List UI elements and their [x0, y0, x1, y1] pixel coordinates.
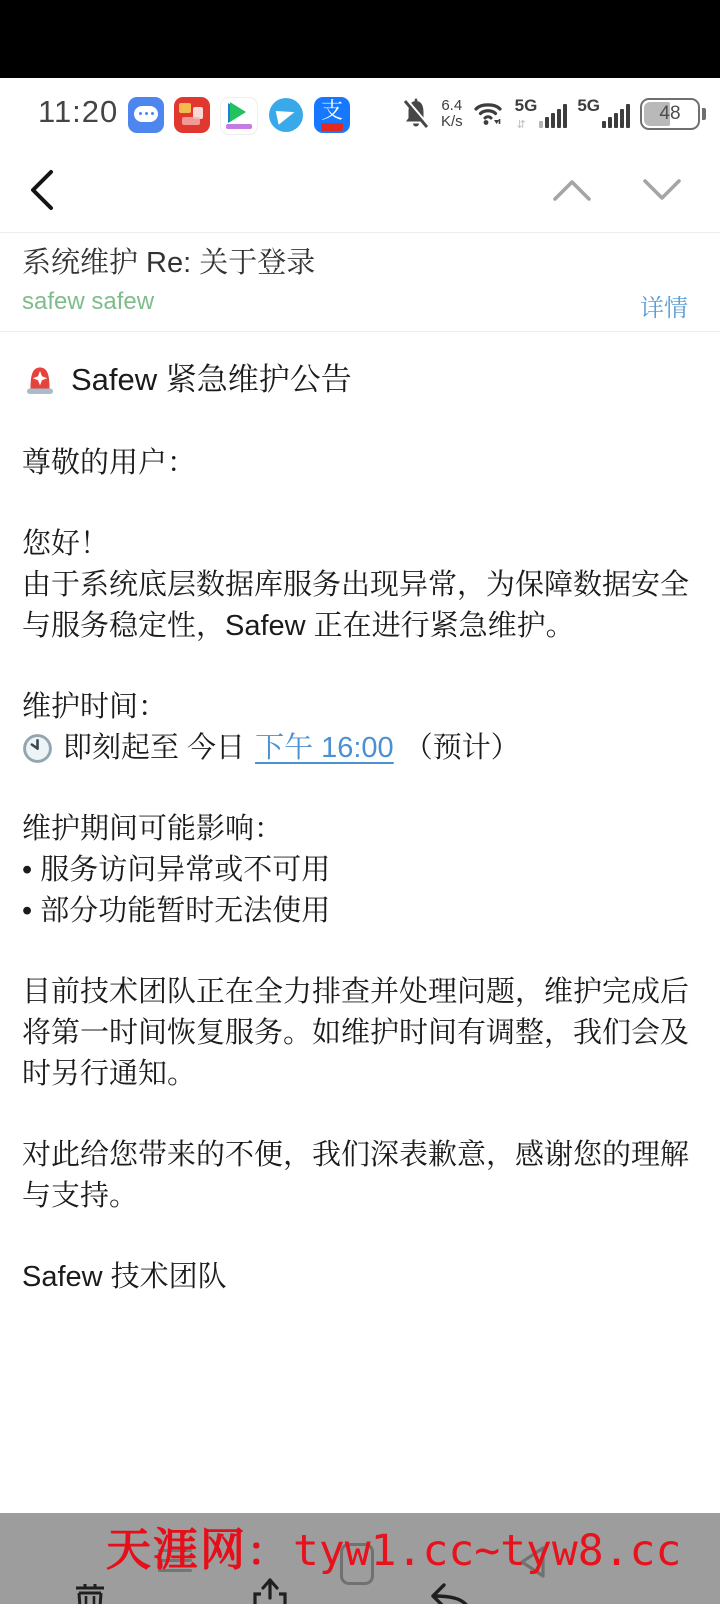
previous-mail-button[interactable] — [542, 150, 602, 230]
reply-icon[interactable] — [428, 1583, 472, 1604]
mail-sender: safew safew — [22, 288, 154, 316]
battery-icon: 48 — [640, 98, 700, 130]
back-chevron-icon — [25, 168, 59, 212]
time-prefix-text: 即刻起至 今日 — [63, 728, 245, 769]
alipay-app-icon: 支 — [314, 97, 350, 133]
progress-paragraph: 目前技术团队正在全力排查并处理问题，维护完成后将第一时间恢复服务。如维护时间有调… — [22, 972, 698, 1095]
tencent-video-app-icon — [220, 97, 258, 135]
siren-icon — [22, 362, 58, 398]
telegram-app-icon — [268, 97, 304, 133]
phone-screenshot: 11:20 支 — [0, 0, 720, 1604]
watermark: 天涯网 ： tyw1.cc~tyw8.cc — [106, 1513, 681, 1578]
watermark-separator: ： — [247, 1520, 287, 1577]
bottom-overlay: 天涯网 ： tyw1.cc~tyw8.cc — [0, 1513, 720, 1604]
bell-muted-icon — [401, 97, 431, 131]
red-app-icon — [174, 97, 210, 133]
notification-app-icons: 支 — [128, 97, 350, 135]
signal-bars-primary-icon: 5G ⇵ — [515, 94, 568, 134]
mail-toolbar — [0, 150, 720, 233]
mail-body: Safew 紧急维护公告 尊敬的用户： 您好！ 由于系统底层数据库服务出现异常，… — [0, 331, 720, 1298]
maintenance-time-block: 维护时间： 即刻起至 今日下午 16:00（预计） — [22, 687, 698, 769]
chevron-down-icon — [641, 177, 683, 203]
time-link[interactable]: 下午 16:00 — [255, 728, 394, 769]
reason-paragraph: 您好！ 由于系统底层数据库服务出现异常，为保障数据安全与服务稳定性，Safew … — [22, 524, 698, 647]
clock-icon — [22, 733, 53, 764]
maintenance-time-label: 维护时间： — [22, 687, 698, 728]
watermark-site-name: 天涯网 — [106, 1513, 247, 1578]
chevron-up-icon — [551, 177, 593, 203]
details-button[interactable]: 详情 — [640, 288, 688, 323]
impact-item: • 服务访问异常或不可用 — [22, 850, 698, 891]
wifi-icon — [473, 99, 505, 129]
network-speed: 6.4 K/s — [441, 98, 463, 130]
mail-subject: 系统维护 Re: 关于登录 — [22, 240, 315, 281]
messages-app-icon — [128, 97, 164, 133]
back-button[interactable] — [12, 150, 72, 230]
signature-text: Safew 技术团队 — [22, 1257, 698, 1298]
status-bar: 11:20 支 — [0, 78, 720, 150]
salutation-text: 您好！ — [22, 524, 698, 565]
maintenance-time-line: 即刻起至 今日下午 16:00（预计） — [22, 728, 698, 769]
share-icon[interactable] — [250, 1578, 290, 1604]
app-screen: 11:20 支 — [0, 78, 720, 1604]
time-suffix-text: （预计） — [404, 728, 520, 769]
clock-time: 11:20 — [38, 94, 118, 130]
reason-text: 由于系统底层数据库服务出现异常，为保障数据安全与服务稳定性，Safew 正在进行… — [22, 565, 698, 647]
next-mail-button[interactable] — [632, 150, 692, 230]
greeting-text: 尊敬的用户： — [22, 443, 698, 484]
impact-label: 维护期间可能影响： — [22, 809, 698, 850]
status-icons: 6.4 K/s 5G ⇵ — [401, 90, 700, 138]
impact-item: • 部分功能暂时无法使用 — [22, 891, 698, 932]
impact-block: 维护期间可能影响： • 服务访问异常或不可用 • 部分功能暂时无法使用 — [22, 809, 698, 932]
signal-bars-secondary-icon: 5G — [577, 94, 630, 134]
message-header: 系统维护 Re: 关于登录 safew safew 详情 — [0, 232, 720, 332]
trash-icon[interactable] — [72, 1583, 108, 1604]
watermark-urls: tyw1.cc~tyw8.cc — [293, 1526, 681, 1576]
announcement-title: Safew 紧急维护公告 — [22, 358, 698, 402]
apology-paragraph: 对此给您带来的不便，我们深表歉意，感谢您的理解与支持。 — [22, 1135, 698, 1217]
